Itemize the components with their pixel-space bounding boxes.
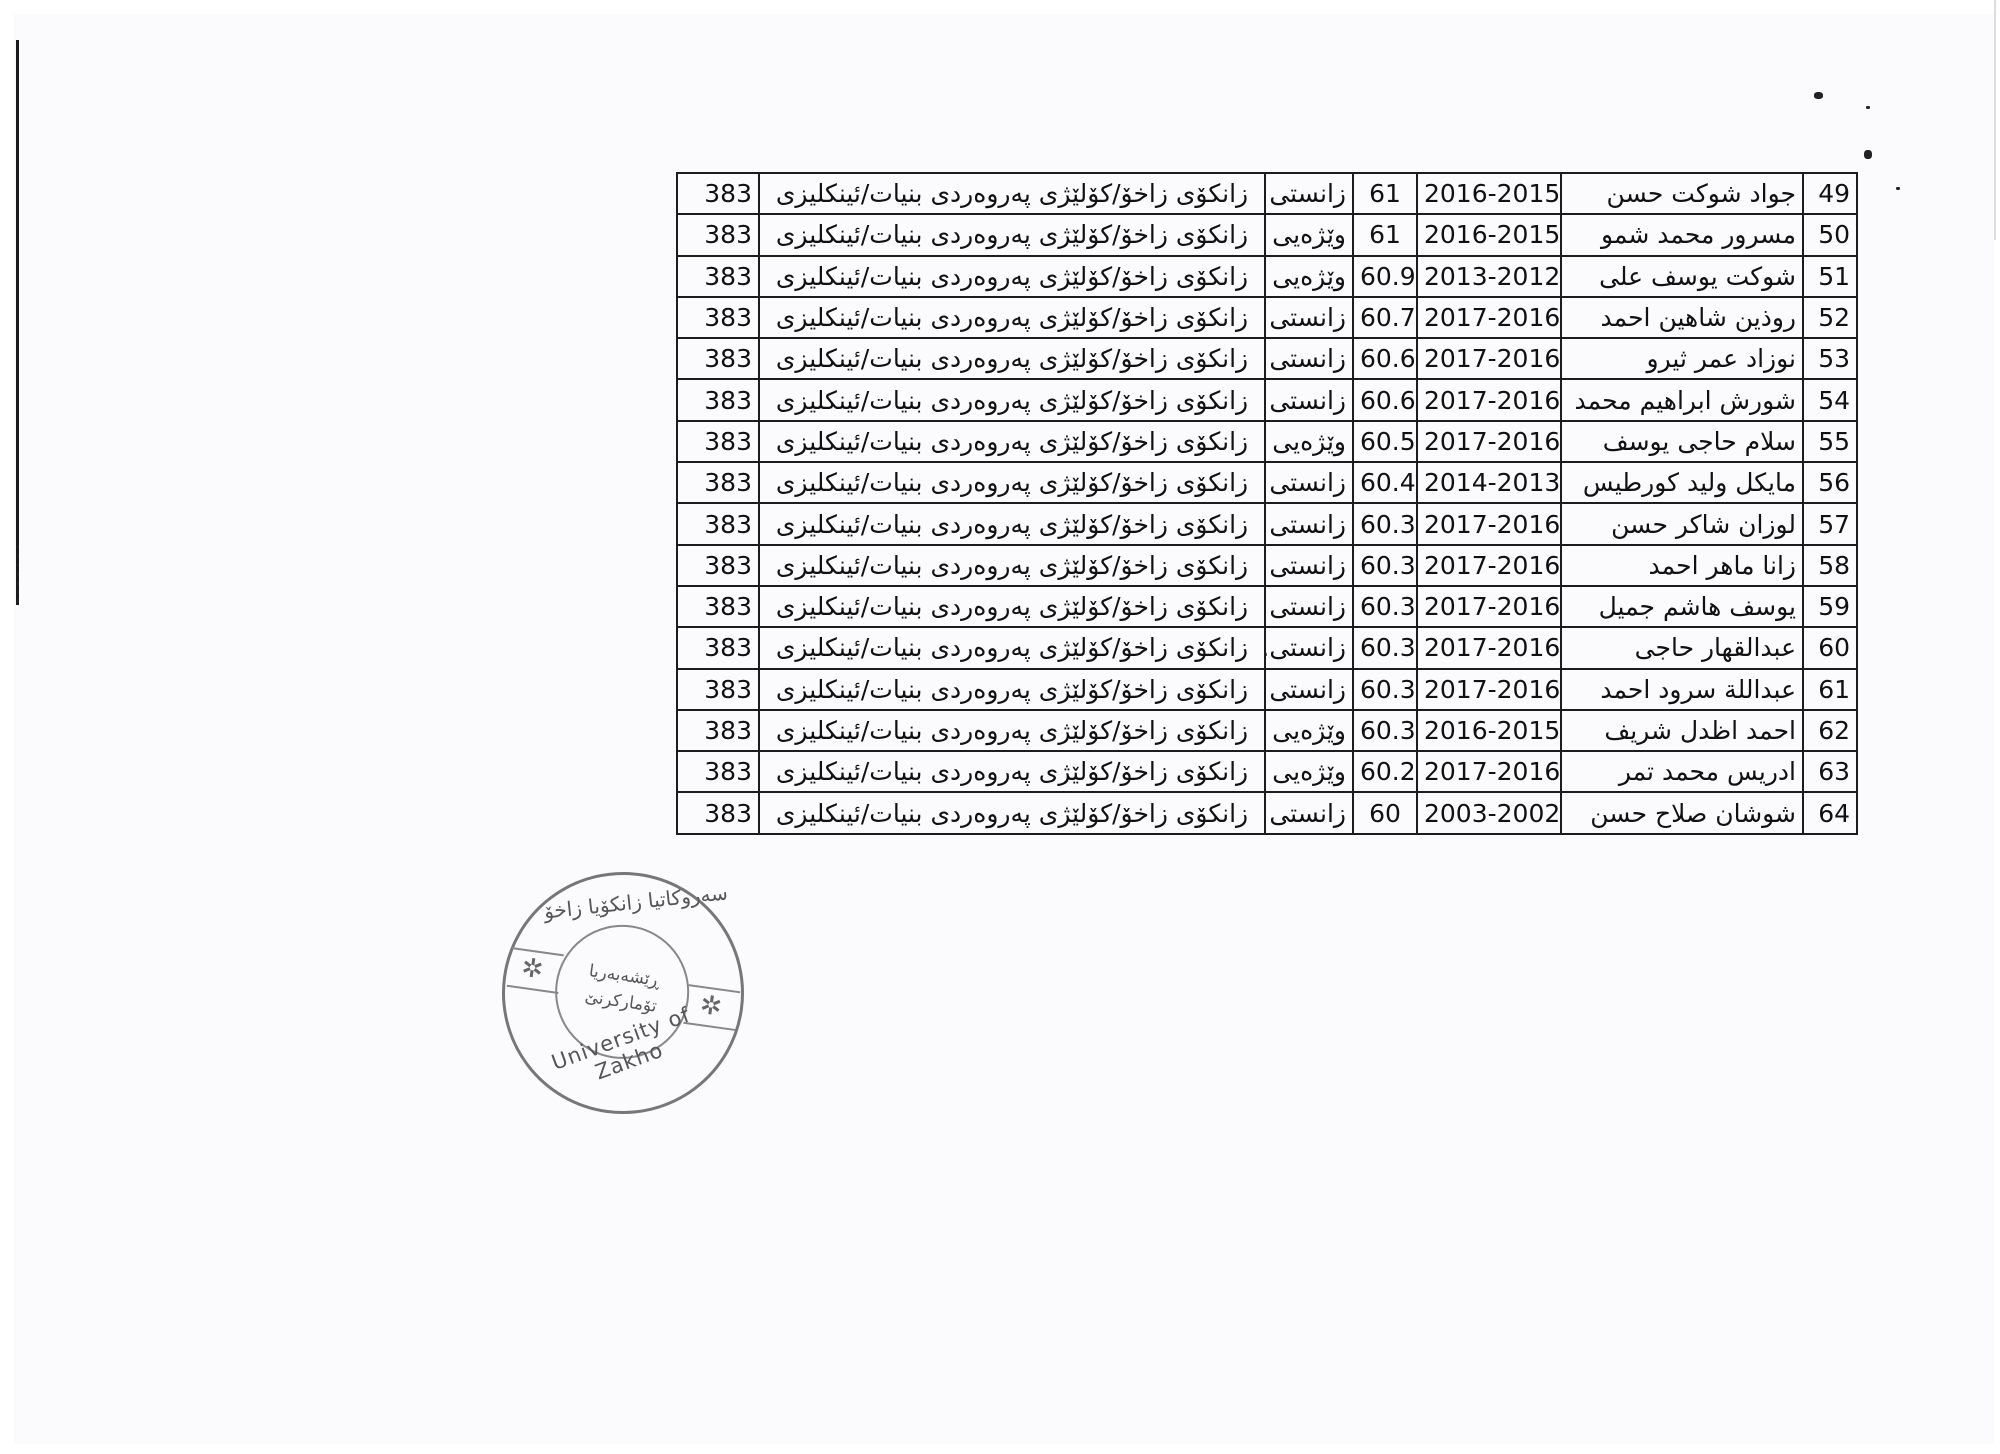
stream-type-cell: زانستی (1265, 297, 1353, 338)
stream-type-cell: زانستی (1265, 503, 1353, 544)
student-name-cell: شوشان صلاح حسن (1561, 792, 1803, 833)
table-row: 383زانکۆی زاخۆ/کۆلێژی پەروەردی بنیات/ئین… (677, 214, 1857, 255)
table-row: 383زانکۆی زاخۆ/کۆلێژی پەروەردی بنیات/ئین… (677, 586, 1857, 627)
table-row: 383زانکۆی زاخۆ/کۆلێژی پەروەردی بنیات/ئین… (677, 545, 1857, 586)
score-cell: 60.5 (1353, 421, 1417, 462)
program-cell: زانکۆی زاخۆ/کۆلێژی پەروەردی بنیات/ئینکلی… (759, 297, 1265, 338)
program-code-cell: 383 (677, 545, 759, 586)
row-number-cell: 58 (1803, 545, 1857, 586)
program-cell: زانکۆی زاخۆ/کۆلێژی پەروەردی بنیات/ئینکلی… (759, 379, 1265, 420)
table-row: 383زانکۆی زاخۆ/کۆلێژی پەروەردی بنیات/ئین… (677, 379, 1857, 420)
graduation-year-cell: 2017-2016 (1417, 338, 1561, 379)
program-cell: زانکۆی زاخۆ/کۆلێژی پەروەردی بنیات/ئینکلی… (759, 545, 1265, 586)
program-cell: زانکۆی زاخۆ/کۆلێژی پەروەردی بنیات/ئینکلی… (759, 214, 1265, 255)
graduation-year-cell: 2017-2016 (1417, 421, 1561, 462)
scan-speck (1896, 187, 1900, 190)
program-cell: زانکۆی زاخۆ/کۆلێژی پەروەردی بنیات/ئینکلی… (759, 256, 1265, 297)
program-cell: زانکۆی زاخۆ/کۆلێژی پەروەردی بنیات/ئینکلی… (759, 503, 1265, 544)
program-cell: زانکۆی زاخۆ/کۆلێژی پەروەردی بنیات/ئینکلی… (759, 710, 1265, 751)
stream-type-cell: زانستی (1265, 462, 1353, 503)
program-code-cell: 383 (677, 379, 759, 420)
program-cell: زانکۆی زاخۆ/کۆلێژی پەروەردی بنیات/ئینکلی… (759, 669, 1265, 710)
graduation-year-cell: 2017-2016 (1417, 751, 1561, 792)
graduation-year-cell: 2017-2016 (1417, 669, 1561, 710)
graduation-year-cell: 2016-2015 (1417, 173, 1561, 214)
program-cell: زانکۆی زاخۆ/کۆلێژی پەروەردی بنیات/ئینکلی… (759, 421, 1265, 462)
program-code-cell: 383 (677, 751, 759, 792)
graduation-year-cell: 2013-2012 (1417, 256, 1561, 297)
program-code-cell: 383 (677, 710, 759, 751)
table-row: 383زانکۆی زاخۆ/کۆلێژی پەروەردی بنیات/ئین… (677, 297, 1857, 338)
emblem-icon: ✲ (519, 953, 545, 986)
graduation-year-cell: 2017-2016 (1417, 545, 1561, 586)
program-cell: زانکۆی زاخۆ/کۆلێژی پەروەردی بنیات/ئینکلی… (759, 751, 1265, 792)
table-row: 383زانکۆی زاخۆ/کۆلێژی پەروەردی بنیات/ئین… (677, 792, 1857, 833)
student-name-cell: جواد شوكت حسن (1561, 173, 1803, 214)
score-cell: 60.3 (1353, 627, 1417, 668)
stream-type-cell: وێژەیی (1265, 214, 1353, 255)
table-row: 383زانکۆی زاخۆ/کۆلێژی پەروەردی بنیات/ئین… (677, 503, 1857, 544)
student-name-cell: زانا ماهر احمد (1561, 545, 1803, 586)
graduation-year-cell: 2017-2016 (1417, 379, 1561, 420)
row-number-cell: 60 (1803, 627, 1857, 668)
row-number-cell: 55 (1803, 421, 1857, 462)
program-cell: زانکۆی زاخۆ/کۆلێژی پەروەردی بنیات/ئینکلی… (759, 586, 1265, 627)
student-name-cell: سلام حاجى يوسف (1561, 421, 1803, 462)
stream-type-cell: زانستی. (1265, 627, 1353, 668)
graduation-year-cell: 2016-2015 (1417, 710, 1561, 751)
row-number-cell: 50 (1803, 214, 1857, 255)
score-cell: 60.3 (1353, 503, 1417, 544)
table-row: 383زانکۆی زاخۆ/کۆلێژی پەروەردی بنیات/ئین… (677, 462, 1857, 503)
table-row: 383زانکۆی زاخۆ/کۆلێژی پەروەردی بنیات/ئین… (677, 669, 1857, 710)
program-code-cell: 383 (677, 669, 759, 710)
stream-type-cell: زانستی (1265, 586, 1353, 627)
score-cell: 60 (1353, 792, 1417, 833)
stream-type-cell: زانستی (1265, 669, 1353, 710)
student-name-cell: شورش ابراهيم محمد (1561, 379, 1803, 420)
student-name-cell: ادريس محمد تمر (1561, 751, 1803, 792)
program-code-cell: 383 (677, 503, 759, 544)
student-name-cell: مسرور محمد شمو (1561, 214, 1803, 255)
program-code-cell: 383 (677, 462, 759, 503)
program-code-cell: 383 (677, 421, 759, 462)
stream-type-cell: زانستی (1265, 792, 1353, 833)
graduation-year-cell: 2003-2002 (1417, 792, 1561, 833)
table-row: 383زانکۆی زاخۆ/کۆلێژی پەروەردی بنیات/ئین… (677, 421, 1857, 462)
graduation-year-cell: 2014-2013 (1417, 462, 1561, 503)
graduation-year-cell: 2016-2015 (1417, 214, 1561, 255)
row-number-cell: 56 (1803, 462, 1857, 503)
score-cell: 60.4 (1353, 462, 1417, 503)
program-code-cell: 383 (677, 627, 759, 668)
score-cell: 61 (1353, 173, 1417, 214)
graduation-year-cell: 2017-2016 (1417, 297, 1561, 338)
row-number-cell: 49 (1803, 173, 1857, 214)
row-number-cell: 51 (1803, 256, 1857, 297)
student-name-cell: شوكت يوسف على (1561, 256, 1803, 297)
score-cell: 60.3 (1353, 710, 1417, 751)
table-row: 383زانکۆی زاخۆ/کۆلێژی پەروەردی بنیات/ئین… (677, 627, 1857, 668)
score-cell: 60.3 (1353, 586, 1417, 627)
stream-type-cell: زانستی (1265, 545, 1353, 586)
score-cell: 60.6 (1353, 379, 1417, 420)
student-name-cell: عبدالقهار حاجى (1561, 627, 1803, 668)
table-row: 383زانکۆی زاخۆ/کۆلێژی پەروەردی بنیات/ئین… (677, 751, 1857, 792)
table-row: 383زانکۆی زاخۆ/کۆلێژی پەروەردی بنیات/ئین… (677, 338, 1857, 379)
scan-speck (1814, 92, 1823, 99)
student-name-cell: لوزان شاكر حسن (1561, 503, 1803, 544)
scan-edge-line (16, 40, 19, 605)
admissions-table: 383زانکۆی زاخۆ/کۆلێژی پەروەردی بنیات/ئین… (676, 172, 1858, 835)
score-cell: 60.3 (1353, 669, 1417, 710)
score-cell: 61 (1353, 214, 1417, 255)
graduation-year-cell: 2017-2016 (1417, 627, 1561, 668)
program-code-cell: 383 (677, 173, 759, 214)
program-cell: زانکۆی زاخۆ/کۆلێژی پەروەردی بنیات/ئینکلی… (759, 173, 1265, 214)
program-code-cell: 383 (677, 792, 759, 833)
stream-type-cell: وێژەیی (1265, 256, 1353, 297)
row-number-cell: 59 (1803, 586, 1857, 627)
scan-speck (1864, 150, 1872, 159)
program-cell: زانکۆی زاخۆ/کۆلێژی پەروەردی بنیات/ئینکلی… (759, 627, 1265, 668)
stream-type-cell: زانستی (1265, 173, 1353, 214)
table-row: 383زانکۆی زاخۆ/کۆلێژی پەروەردی بنیات/ئین… (677, 256, 1857, 297)
graduation-year-cell: 2017-2016 (1417, 586, 1561, 627)
stream-type-cell: وێژەیی (1265, 710, 1353, 751)
score-cell: 60.7 (1353, 297, 1417, 338)
student-name-cell: روذين شاهين احمد (1561, 297, 1803, 338)
student-name-cell: نوزاد عمر ثيرو (1561, 338, 1803, 379)
table-row: 383زانکۆی زاخۆ/کۆلێژی پەروەردی بنیات/ئین… (677, 710, 1857, 751)
row-number-cell: 63 (1803, 751, 1857, 792)
score-cell: 60.2 (1353, 751, 1417, 792)
row-number-cell: 62 (1803, 710, 1857, 751)
scan-edge-dots (17, 545, 19, 605)
score-cell: 60.6 (1353, 338, 1417, 379)
table-row: 383زانکۆی زاخۆ/کۆلێژی پەروەردی بنیات/ئین… (677, 173, 1857, 214)
student-name-cell: يوسف هاشم جميل (1561, 586, 1803, 627)
program-code-cell: 383 (677, 586, 759, 627)
program-cell: زانکۆی زاخۆ/کۆلێژی پەروەردی بنیات/ئینکلی… (759, 338, 1265, 379)
scan-right-edge (1994, 0, 1996, 240)
row-number-cell: 52 (1803, 297, 1857, 338)
stream-type-cell: وێژەیی (1265, 421, 1353, 462)
program-cell: زانکۆی زاخۆ/کۆلێژی پەروەردی بنیات/ئینکلی… (759, 462, 1265, 503)
program-code-cell: 383 (677, 256, 759, 297)
student-name-cell: مايكل وليد كورطيس (1561, 462, 1803, 503)
score-cell: 60.3 (1353, 545, 1417, 586)
row-number-cell: 61 (1803, 669, 1857, 710)
row-number-cell: 57 (1803, 503, 1857, 544)
stamp-top-text: سەروکاتیا زانکۆیا زاخۆ (537, 880, 734, 924)
stream-type-cell: زانستی (1265, 379, 1353, 420)
program-cell: زانکۆی زاخۆ/کۆلێژی پەروەردی بنیات/ئینکلی… (759, 792, 1265, 833)
row-number-cell: 64 (1803, 792, 1857, 833)
student-name-cell: احمد اظدل شريف (1561, 710, 1803, 751)
program-code-cell: 383 (677, 338, 759, 379)
graduation-year-cell: 2017-2016 (1417, 503, 1561, 544)
score-cell: 60.9 (1353, 256, 1417, 297)
program-code-cell: 383 (677, 297, 759, 338)
row-number-cell: 53 (1803, 338, 1857, 379)
row-number-cell: 54 (1803, 379, 1857, 420)
stream-type-cell: زانستی (1265, 338, 1353, 379)
student-name-cell: عبداللة سرود احمد (1561, 669, 1803, 710)
stream-type-cell: وێژەیی (1265, 751, 1353, 792)
program-code-cell: 383 (677, 214, 759, 255)
scan-speck (1866, 106, 1870, 109)
